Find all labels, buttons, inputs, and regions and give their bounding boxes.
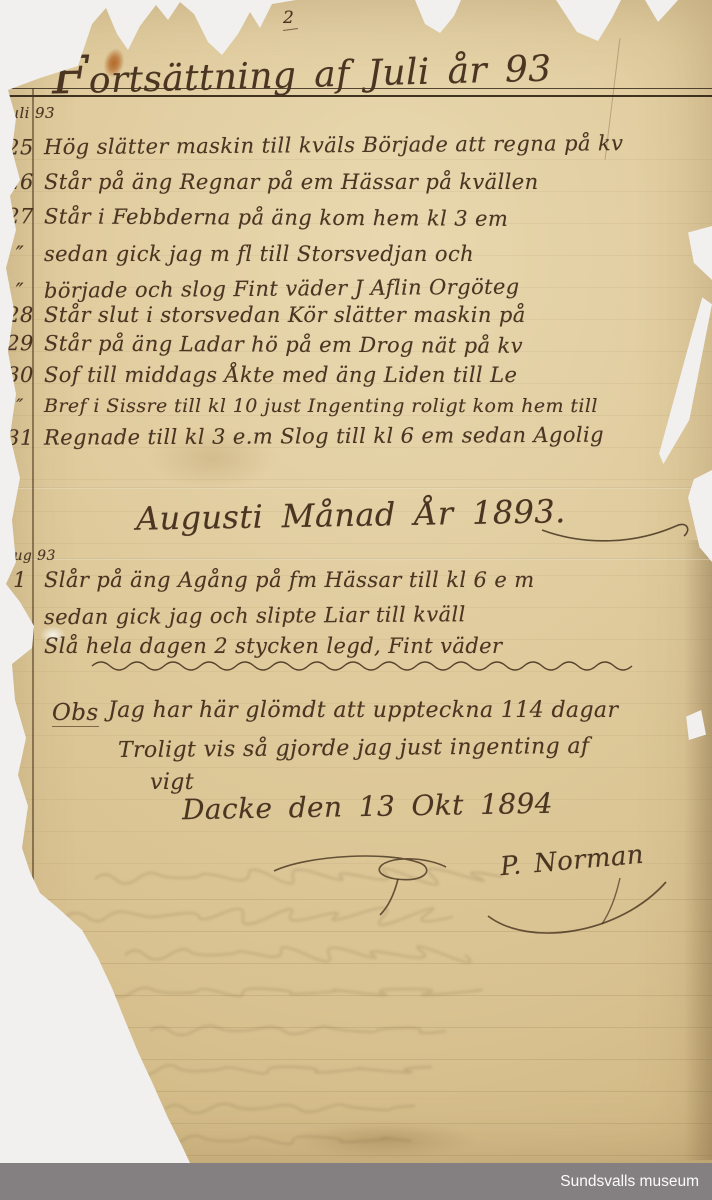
- entry-text: Bref i Sissre till kl 10 just Ingenting …: [44, 395, 598, 417]
- august-heading: Augusti Månad År 1893.: [136, 492, 566, 537]
- diary-entry: 30 Sof till middags Åkte med äng Liden t…: [0, 363, 712, 393]
- dateline: Dacke den 13 Okt 1894: [182, 787, 553, 826]
- diary-entry: 1 Slår på äng Agång på fm Hässar till kl…: [0, 568, 712, 598]
- diary-entry: ″ sedan gick jag och slipte Liar till kv…: [0, 601, 712, 636]
- diary-entry: ″ sedan gick jag m fl till Storsvedjan o…: [0, 242, 712, 272]
- note-line: Troligt vis så gjorde jag just ingenting…: [118, 734, 590, 763]
- fold-seam: [0, 558, 712, 560]
- entry-day: ″: [2, 605, 38, 629]
- entry-day: 26: [2, 170, 38, 194]
- diary-entry: ″ Bref i Sissre till kl 10 just Ingentin…: [0, 395, 712, 425]
- entry-text: Sof till middags Åkte med äng Liden till…: [44, 363, 517, 387]
- page-number-value: 2: [283, 8, 294, 28]
- diary-entry: 28 Står slut i storsvedan Kör slätter ma…: [0, 303, 712, 333]
- entry-text: Står slut i storsvedan Kör slätter maski…: [44, 303, 526, 327]
- entry-text: Står på äng Ladar hö på em Drog nät på k…: [44, 331, 523, 358]
- entry-day: 25: [2, 135, 38, 159]
- note-line: vigt: [150, 770, 194, 795]
- entry-day: 30: [2, 363, 38, 387]
- entry-text: började och slog Fint väder J Aflin Orgö…: [44, 275, 520, 303]
- margin-month-august: Aug 93: [3, 548, 56, 564]
- note-line: Jag har här glömdt att uppteckna 114 dag…: [108, 698, 618, 723]
- heading-swash: [540, 522, 700, 552]
- entry-text: Hög slätter maskin till kväls Började at…: [44, 131, 623, 159]
- entry-text: Står i Febbderna på äng kom hem kl 3 em: [44, 204, 508, 230]
- entry-day: 27: [2, 204, 38, 228]
- entry-day: ″: [2, 279, 38, 303]
- entry-day: ″: [2, 395, 38, 417]
- diary-entry: 26 Står på äng Regnar på em Hässar på kv…: [0, 170, 712, 200]
- diary-entry: 29 Står på äng Ladar hö på em Drog nät p…: [0, 331, 712, 365]
- entry-day: 29: [2, 331, 38, 355]
- entry-day: 31: [2, 426, 38, 450]
- page-number: 2: [283, 8, 298, 30]
- entry-text: Slå hela dagen 2 stycken legd, Fint väde…: [44, 634, 502, 658]
- museum-credit-bar: Sundsvalls museum: [0, 1163, 712, 1200]
- entry-text: Slår på äng Agång på fm Hässar till kl 6…: [44, 568, 535, 592]
- entry-text: Regnade till kl 3 e.m Slog till kl 6 em …: [44, 423, 604, 450]
- diary-entry: 31 Regnade till kl 3 e.m Slog till kl 6 …: [0, 422, 712, 456]
- scanned-document-page: 2 Fortsättning af Juli år 93 Juli 93 25 …: [0, 0, 712, 1200]
- entry-day: 1: [2, 568, 38, 592]
- ghost-writing: [55, 865, 700, 1160]
- paper-sheet: 2 Fortsättning af Juli år 93 Juli 93 25 …: [0, 0, 712, 1163]
- entry-day: 2: [2, 634, 38, 658]
- wavy-underline: [92, 658, 648, 674]
- entry-day: ″: [2, 242, 38, 266]
- note-label: Obs: [52, 700, 99, 727]
- entry-text: sedan gick jag och slipte Liar till kväl…: [44, 602, 466, 629]
- entry-text: sedan gick jag m fl till Storsvedjan och: [44, 242, 474, 266]
- fold-seam: [0, 487, 712, 489]
- diary-entry: 25 Hög slätter maskin till kväls Började…: [0, 131, 712, 166]
- entry-text: Står på äng Regnar på em Hässar på kväll…: [44, 170, 539, 194]
- museum-credit-text: Sundsvalls museum: [560, 1163, 699, 1200]
- entry-day: 28: [2, 303, 38, 327]
- diary-entry: 27 Står i Febbderna på äng kom hem kl 3 …: [0, 204, 712, 238]
- margin-month-july: Juli 93: [3, 104, 55, 122]
